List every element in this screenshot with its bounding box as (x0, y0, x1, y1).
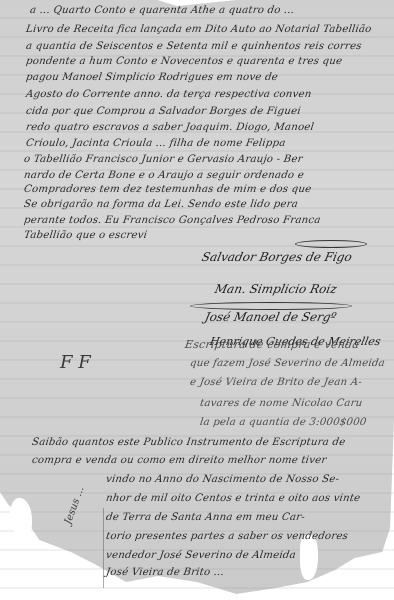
deed-heading-line: que fazem José Severino de Almeida (189, 358, 385, 369)
signature: Salvador Borges de Figo (201, 250, 354, 264)
signature-flourish (190, 302, 352, 310)
margin-rule (103, 508, 104, 588)
text-line: Compradores tem dez testemunhas de mim e… (23, 184, 312, 195)
text-line: compra e venda ou como em direito melhor… (31, 455, 327, 466)
text-line: redo quatro escravos a saber Joaquim. Di… (25, 122, 315, 133)
text-line: pagou Manoel Simplicio Rodrigues em nove… (25, 72, 278, 83)
text-line: vendedor José Severino de Almeida (105, 550, 296, 561)
deed-heading-line: Escriptura de compra e venda (184, 338, 360, 351)
marginal-note: F F (60, 352, 91, 373)
text-line: vindo no Anno do Nascimento de Nosso Se- (105, 474, 340, 485)
text-line: Tabellião que o escrevi (23, 230, 148, 241)
signature: José Manoel de Sergº (204, 310, 338, 324)
signature: Man. Simplicio Roiz (214, 282, 339, 296)
text-line: José Vieira de Brito ... (105, 567, 225, 578)
deed-heading-line: e José Vieira de Brito de Jean A- (189, 377, 362, 388)
text-line: Se obrigarão na forma da Lei. Sendo este… (23, 199, 298, 210)
text-line: cida por que Comprou a Salvador Borges d… (25, 106, 301, 117)
text-line: nardo de Certa Bone e o Araujo a seguir … (23, 170, 304, 181)
text-line: de Terra de Santa Anna em meu Car- (105, 512, 305, 523)
torn-paper-area (10, 498, 32, 538)
text-line: a ... Quarto Conto e quarenta Athe a qua… (29, 5, 295, 16)
text-line: perante todos. Eu Francisco Gonçalves Pe… (23, 215, 321, 226)
text-line: a quantia de Seiscentos e Setenta mil e … (25, 41, 362, 52)
deed-heading-line: tavares de nome Nicolao Caru (199, 398, 363, 409)
text-line: torio presentes partes a saber os vended… (105, 531, 349, 542)
signature-flourish (295, 240, 367, 248)
deed-heading-line: la pela a quantia de 3:000$000 (199, 417, 367, 428)
text-line: Crioulo, Jacinta Crioula ... filha de no… (25, 138, 286, 149)
text-line: pondente a hum Conto e Novecentos e quar… (25, 56, 343, 67)
text-line: nhor de mil oito Centos e trinta e oito … (105, 493, 361, 504)
text-line: Saibão quantos este Publico Instrumento … (31, 437, 346, 448)
text-line: Livro de Receita fica lançada em Dito Au… (25, 24, 372, 35)
text-line: o Tabellião Francisco Junior e Gervasio … (23, 154, 303, 165)
text-line: Agosto do Corrente anno. da terça respec… (25, 89, 312, 100)
